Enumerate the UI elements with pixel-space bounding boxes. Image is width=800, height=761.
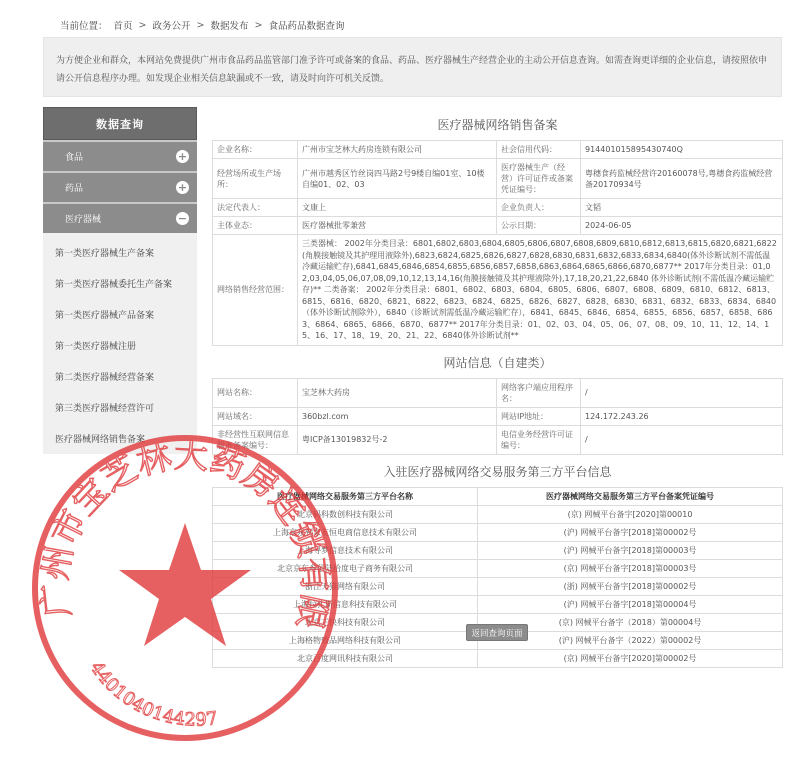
table-row: 网站名称： 宝芝林大药房 网络客户端应用程序名： / bbox=[213, 378, 783, 407]
platform-filing-number: (京) 网械平台备字[2018]第00003号 bbox=[478, 559, 783, 577]
person-in-charge: 文韬 bbox=[581, 199, 783, 217]
platform-section-title: 入驻医疗器械网络交易服务第三方平台信息 bbox=[212, 457, 783, 487]
field-label: 网络销售经营范围： bbox=[213, 235, 298, 346]
platform-filing-number: (沪) 网械平台备字[2018]第00002号 bbox=[478, 523, 783, 541]
column-header: 医疗器械网络交易服务第三方平台备案凭证编号 bbox=[478, 487, 783, 505]
platform-name: 浙江天猫网络有限公司 bbox=[213, 577, 478, 595]
company-name: 广州市宝芝林大药房连锁有限公司 bbox=[298, 141, 497, 159]
sales-scope: 三类器械： 2002年分类目录：6801,6802,6803,6804,6805… bbox=[298, 235, 783, 346]
platform-name: 上海拉扎斯信息科技有限公司 bbox=[213, 595, 478, 613]
website-section-title: 网站信息（自建类） bbox=[212, 348, 783, 378]
field-label: 企业负责人： bbox=[497, 199, 581, 217]
platform-name: 北京百度网讯科技有限公司 bbox=[213, 649, 478, 667]
field-label: 经营场所或生产场所： bbox=[213, 159, 298, 199]
sidebar-item-class1-product-filing[interactable]: 第一类医疗器械产品备案 bbox=[43, 299, 197, 330]
table-header-row: 医疗器械网络交易服务第三方平台名称 医疗器械网络交易服务第三方平台备案凭证编号 bbox=[213, 487, 783, 505]
column-header: 医疗器械网络交易服务第三方平台名称 bbox=[213, 487, 478, 505]
website-domain: 360bzl.com bbox=[298, 407, 497, 425]
minus-icon[interactable]: − bbox=[176, 212, 189, 225]
field-label: 企业名称： bbox=[213, 141, 298, 159]
platform-filing-number: (沪) 网械平台备字[2018]第00003号 bbox=[478, 541, 783, 559]
breadcrumb-data-release[interactable]: 数据发布 bbox=[210, 18, 248, 32]
sidebar-item-class1-production-filing[interactable]: 第一类医疗器械生产备案 bbox=[43, 237, 197, 268]
platform-filing-number: (京) 网械平台备字[2020]第00002号 bbox=[478, 649, 783, 667]
platform-filing-number: (京) 网械平台备字[2020]第00010 bbox=[478, 505, 783, 523]
business-address: 广州市越秀区竹丝岗四马路2号9楼自编01室、10楼自编01、02、03 bbox=[298, 159, 497, 199]
table-row: 浙江天猫网络有限公司(浙) 网械平台备字[2018]第00002号 bbox=[213, 577, 783, 595]
sidebar-title: 数据查询 bbox=[43, 107, 197, 140]
field-label: 主体业态： bbox=[213, 217, 298, 235]
telecom-license: / bbox=[581, 425, 783, 454]
business-type: 医疗器械批零兼营 bbox=[298, 217, 497, 235]
table-row: 上海寻梦信息技术有限公司(沪) 网械平台备字[2018]第00003号 bbox=[213, 541, 783, 559]
main-content: 医疗器械网络销售备案 企业名称： 广州市宝芝林大药房连锁有限公司 社会信用代码：… bbox=[212, 110, 783, 668]
field-label: 网站名称： bbox=[213, 378, 298, 407]
app-name: / bbox=[581, 378, 783, 407]
breadcrumb-home[interactable]: 首页 bbox=[114, 18, 133, 32]
svg-text:4401040144297: 4401040144297 bbox=[86, 658, 219, 731]
platform-name: 上海京东到家友恒电商信息技术有限公司 bbox=[213, 523, 478, 541]
field-label: 社会信用代码： bbox=[497, 141, 581, 159]
table-row: 上海拉扎斯信息科技有限公司(沪) 网械平台备字[2018]第00004号 bbox=[213, 595, 783, 613]
table-row: 非经营性互联网信息服务备案编号： 粤ICP备13019832号-2 电信业务经营… bbox=[213, 425, 783, 454]
sidebar-category-drug[interactable]: 药品 + bbox=[43, 171, 197, 202]
breadcrumb: 当前位置： 首页 > 政务公开 > 数据发布 > 食品药品数据查询 bbox=[60, 18, 344, 32]
credit-code: 914401015895430740Q bbox=[581, 141, 783, 159]
website-table: 网站名称： 宝芝林大药房 网络客户端应用程序名： / 网站域名： 360bzl.… bbox=[212, 378, 783, 455]
website-name: 宝芝林大药房 bbox=[298, 378, 497, 407]
breadcrumb-separator: > bbox=[139, 20, 147, 31]
notice-box: 为方便企业和群众，本网站免费提供广州市食品药品监管部门准予许可或备案的食品、药品… bbox=[43, 37, 782, 97]
platform-name: 上海格物致品网络科技有限公司 bbox=[213, 631, 478, 649]
table-row: 北京码科数创科技有限公司(京) 网械平台备字[2020]第00010 bbox=[213, 505, 783, 523]
table-row: 上海京东到家友恒电商信息技术有限公司(沪) 网械平台备字[2018]第00002… bbox=[213, 523, 783, 541]
table-row: 主体业态： 医疗器械批零兼营 公示日期： 2024-06-05 bbox=[213, 217, 783, 235]
field-label: 网站域名： bbox=[213, 407, 298, 425]
sidebar-category-medical-device[interactable]: 医疗器械 − bbox=[43, 202, 197, 233]
back-to-search-button[interactable]: 返回查询页面 bbox=[466, 624, 528, 641]
breadcrumb-separator: > bbox=[255, 20, 263, 31]
sidebar-category-label: 药品 bbox=[65, 181, 83, 194]
table-row: 北京百度网讯科技有限公司(京) 网械平台备字[2020]第00002号 bbox=[213, 649, 783, 667]
breadcrumb-prefix: 当前位置： bbox=[60, 18, 108, 32]
sidebar-category-label: 医疗器械 bbox=[65, 212, 101, 225]
platform-name: 上海寻梦信息技术有限公司 bbox=[213, 541, 478, 559]
field-label: 法定代表人： bbox=[213, 199, 298, 217]
platform-name: 北京三快科技有限公司 bbox=[213, 613, 478, 631]
table-row: 法定代表人： 文康上 企业负责人： 文韬 bbox=[213, 199, 783, 217]
field-label: 网络客户端应用程序名： bbox=[497, 378, 581, 407]
license-number: 粤穗食药监械经营许20160078号,粤穗食药监械经营备20170934号 bbox=[581, 159, 783, 199]
table-row: 企业名称： 广州市宝芝林大药房连锁有限公司 社会信用代码： 9144010158… bbox=[213, 141, 783, 159]
plus-icon[interactable]: + bbox=[176, 181, 189, 194]
platform-name: 北京京东叁佰陆拾度电子商务有限公司 bbox=[213, 559, 478, 577]
table-row: 网站域名： 360bzl.com 网站IP地址： 124.172.243.26 bbox=[213, 407, 783, 425]
field-label: 网站IP地址： bbox=[497, 407, 581, 425]
sidebar-category-label: 食品 bbox=[65, 150, 83, 163]
platform-filing-number: (沪) 网械平台备字[2018]第00004号 bbox=[478, 595, 783, 613]
breadcrumb-current[interactable]: 食品药品数据查询 bbox=[268, 18, 344, 32]
field-label: 医疗器械生产（经营）许可证件或备案凭证编号： bbox=[497, 159, 581, 199]
plus-icon[interactable]: + bbox=[176, 150, 189, 163]
legal-representative: 文康上 bbox=[298, 199, 497, 217]
record-table: 企业名称： 广州市宝芝林大药房连锁有限公司 社会信用代码： 9144010158… bbox=[212, 140, 783, 346]
table-row: 网络销售经营范围： 三类器械： 2002年分类目录：6801,6802,6803… bbox=[213, 235, 783, 346]
sidebar-item-class1-contract-production[interactable]: 第一类医疗器械委托生产备案 bbox=[43, 268, 197, 299]
platform-name: 北京码科数创科技有限公司 bbox=[213, 505, 478, 523]
sidebar-item-class3-business-license[interactable]: 第三类医疗器械经营许可 bbox=[43, 392, 197, 423]
sidebar-category-food[interactable]: 食品 + bbox=[43, 140, 197, 171]
sidebar-item-online-sales-filing[interactable]: 医疗器械网络销售备案 bbox=[43, 423, 197, 454]
sidebar: 数据查询 食品 + 药品 + 医疗器械 − 第一类医疗器械生产备案 第一类医疗器… bbox=[43, 107, 197, 454]
field-label: 公示日期： bbox=[497, 217, 581, 235]
platform-filing-number: (浙) 网械平台备字[2018]第00002号 bbox=[478, 577, 783, 595]
record-section-title: 医疗器械网络销售备案 bbox=[212, 110, 783, 140]
table-row: 经营场所或生产场所： 广州市越秀区竹丝岗四马路2号9楼自编01室、10楼自编01… bbox=[213, 159, 783, 199]
breadcrumb-gov-affairs[interactable]: 政务公开 bbox=[153, 18, 191, 32]
sidebar-item-class1-registration[interactable]: 第一类医疗器械注册 bbox=[43, 330, 197, 361]
icp-number: 粤ICP备13019832号-2 bbox=[298, 425, 497, 454]
website-ip: 124.172.243.26 bbox=[581, 407, 783, 425]
field-label: 电信业务经营许可证编号： bbox=[497, 425, 581, 454]
publish-date: 2024-06-05 bbox=[581, 217, 783, 235]
table-row: 北京京东叁佰陆拾度电子商务有限公司(京) 网械平台备字[2018]第00003号 bbox=[213, 559, 783, 577]
sidebar-item-class2-business-filing[interactable]: 第二类医疗器械经营备案 bbox=[43, 361, 197, 392]
field-label: 非经营性互联网信息服务备案编号： bbox=[213, 425, 298, 454]
seal-number: 4401040144297 bbox=[86, 658, 219, 731]
breadcrumb-separator: > bbox=[197, 20, 205, 31]
